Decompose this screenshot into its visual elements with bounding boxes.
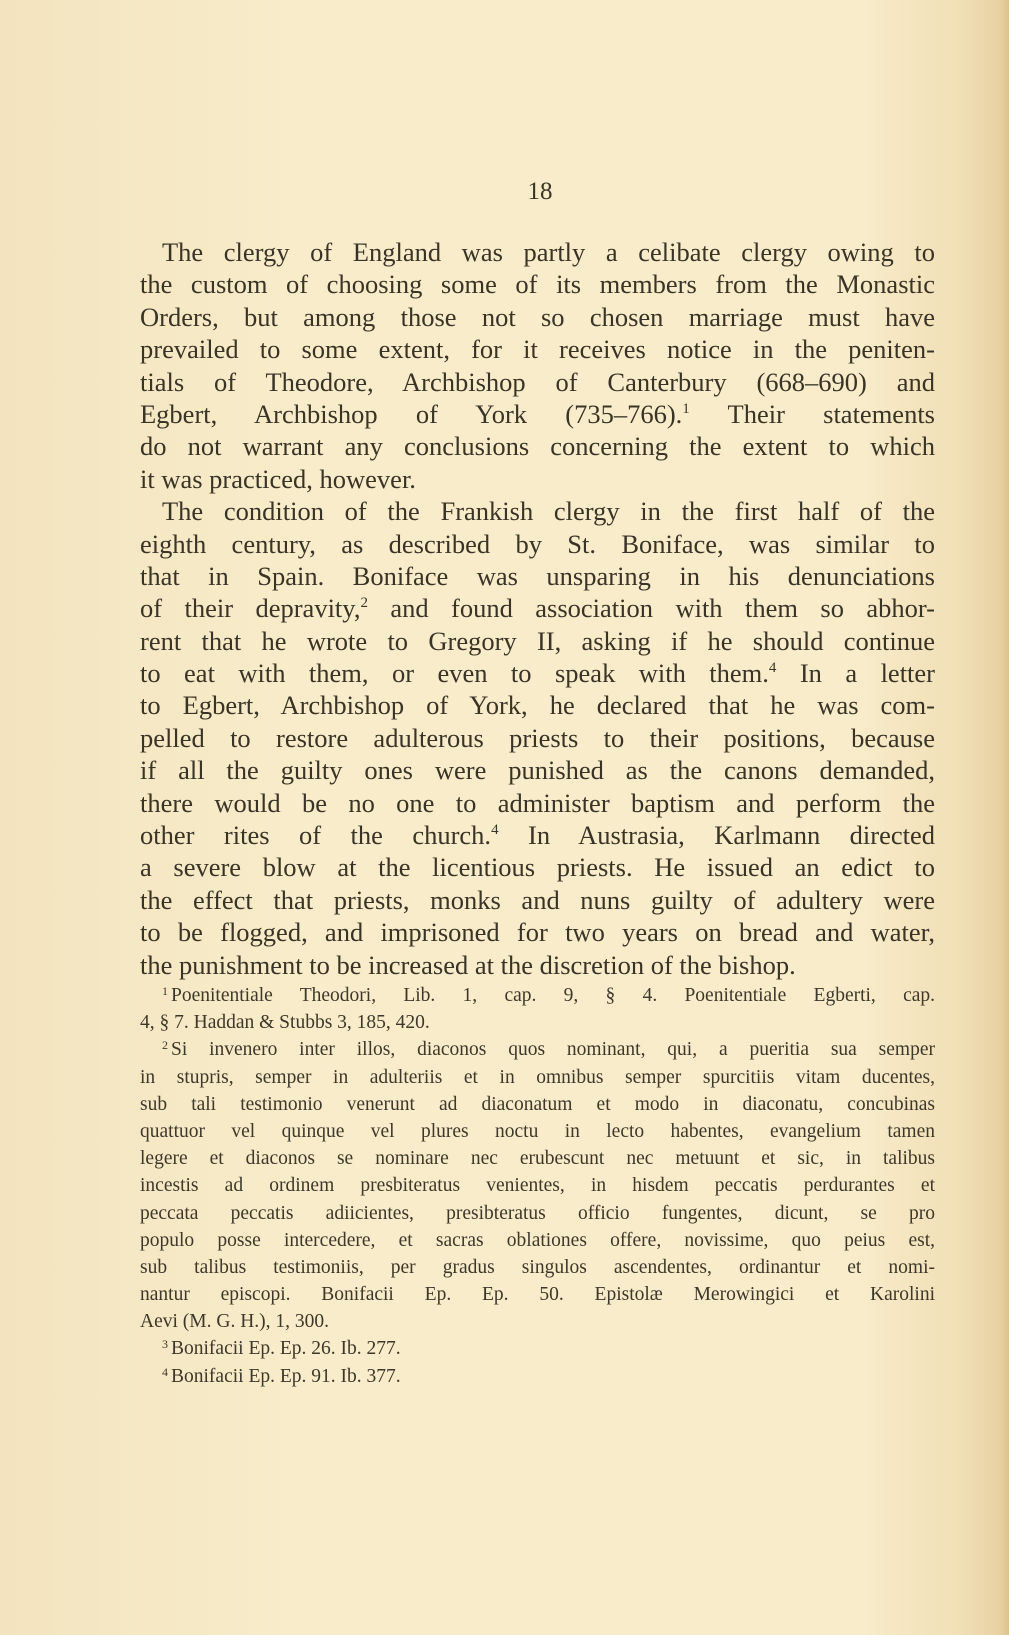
footnote-text: sub talibus testimoniis, per gradus sing… [140,1257,935,1278]
footnote-reference[interactable]: 1 [682,401,690,417]
body-line-text: to eat with them, or even to speak with … [140,658,769,688]
footnote-marker: 4 [162,1365,168,1379]
footnote-line: Aevi (M. G. H.), 1, 300. [140,1308,935,1335]
footnote-line: peccata peccatis adiicientes, presibtera… [140,1200,935,1227]
footnote-text: legere et diaconos se nominare nec erube… [140,1148,935,1169]
body-line-text: The condition of the Frankish clergy in … [162,496,935,526]
body-line-text: rent that he wrote to Gregory II, asking… [140,626,935,656]
footnote-3: 3Bonifacii Ep. Ep. 26. Ib. 277. [140,1335,935,1362]
body-line: prevailed to some extent, for it receive… [140,333,935,365]
body-line: pelled to restore adulterous priests to … [140,722,935,754]
body-line-text: Orders, but among those not so chosen ma… [140,302,935,332]
body-line: The clergy of England was partly a celib… [140,236,935,268]
footnote-4: 4Bonifacii Ep. Ep. 91. Ib. 377. [140,1363,935,1390]
footnote-text: nantur episcopi. Bonifacii Ep. Ep. 50. E… [140,1284,935,1305]
body-line: Egbert, Archbishop of York (735–766).1 T… [140,398,935,430]
body-line: to Egbert, Archbishop of York, he declar… [140,689,935,721]
footnote-text: Poenitentiale Theodori, Lib. 1, cap. 9, … [171,985,935,1006]
footnote-text: 4, § 7. Haddan & Stubbs 3, 185, 420. [140,1012,430,1033]
footnote-line: nantur episcopi. Bonifacii Ep. Ep. 50. E… [140,1281,935,1308]
body-line: Orders, but among those not so chosen ma… [140,301,935,333]
body-line: the custom of choosing some of its membe… [140,268,935,300]
footnote-line: 4Bonifacii Ep. Ep. 91. Ib. 377. [140,1363,935,1390]
page-edge-shadow [999,0,1009,1635]
body-line: rent that he wrote to Gregory II, asking… [140,625,935,657]
footnote-line: sub talibus testimoniis, per gradus sing… [140,1254,935,1281]
body-line: if all the guilty ones were punished as … [140,754,935,786]
body-line-text: to be flogged, and imprisoned for two ye… [140,917,935,947]
body-line: The condition of the Frankish clergy in … [140,495,935,527]
body-line-text: that in Spain. Boniface was unsparing in… [140,561,935,591]
footnote-text: incestis ad ordinem presbiteratus venien… [140,1175,935,1196]
footnote-text: peccata peccatis adiicientes, presibtera… [140,1203,935,1224]
body-line-text: tials of Theodore, Archbishop of Canterb… [140,367,935,397]
body-line-text: of their depravity, [140,593,360,623]
body-line-text: if all the guilty ones were punished as … [140,755,935,785]
body-line-text-continued: and found association with them so abhor… [368,593,935,623]
footnote-text: sub tali testimonio venerunt ad diaconat… [140,1094,935,1115]
footnote-1: 1Poenitentiale Theodori, Lib. 1, cap. 9,… [140,982,935,1036]
body-line: of their depravity,2 and found associati… [140,592,935,624]
body-line-text: the punishment to be increased at the di… [140,950,796,980]
footnote-line: sub tali testimonio venerunt ad diaconat… [140,1091,935,1118]
footnote-line: quattuor vel quinque vel plures noctu in… [140,1118,935,1145]
footnote-text: in stupris, semper in adulteriis et in o… [140,1067,935,1088]
body-line: other rites of the church.4 In Austrasia… [140,819,935,851]
body-line-text: other rites of the church. [140,820,491,850]
body-line: there would be no one to administer bapt… [140,787,935,819]
body-line: the punishment to be increased at the di… [140,949,935,981]
body-line-text: to Egbert, Archbishop of York, he declar… [140,690,935,720]
footnote-line: 1Poenitentiale Theodori, Lib. 1, cap. 9,… [140,982,935,1009]
footnote-reference[interactable]: 4 [491,822,499,838]
footnote-text: Si invenero inter illos, diaconos quos n… [171,1039,935,1060]
footnotes: 1Poenitentiale Theodori, Lib. 1, cap. 9,… [140,982,935,1390]
body-line-text-continued: Their statements [690,399,935,429]
footnote-marker: 3 [162,1337,168,1351]
body-line: the effect that priests, monks and nuns … [140,884,935,916]
body-line-text: do not warrant any conclusions concernin… [140,431,935,461]
body-line-text: The clergy of England was partly a celib… [162,237,935,267]
body-line: tials of Theodore, Archbishop of Canterb… [140,366,935,398]
body-line-text: Egbert, Archbishop of York (735–766). [140,399,682,429]
footnote-line: legere et diaconos se nominare nec erube… [140,1145,935,1172]
body-line-text: there would be no one to administer bapt… [140,788,935,818]
body-line: eighth century, as described by St. Boni… [140,528,935,560]
footnote-2: 2Si invenero inter illos, diaconos quos … [140,1036,935,1335]
body-line-text: a severe blow at the licentious priests.… [140,852,935,882]
footnote-marker: 1 [162,984,168,998]
body-line: that in Spain. Boniface was unsparing in… [140,560,935,592]
footnote-line: populo posse intercedere, et sacras obla… [140,1227,935,1254]
footnote-reference[interactable]: 2 [360,595,368,611]
body-line-text: eighth century, as described by St. Boni… [140,529,935,559]
body-line-text-continued: In Austrasia, Karlmann directed [499,820,935,850]
footnote-text: populo posse intercedere, et sacras obla… [140,1230,935,1251]
body-line-text: the custom of choosing some of its membe… [140,269,935,299]
footnote-text: Bonifacii Ep. Ep. 26. Ib. 277. [171,1338,401,1359]
body-line-text: prevailed to some extent, for it receive… [140,334,935,364]
footnote-text: quattuor vel quinque vel plures noctu in… [140,1121,935,1142]
footnote-line: 3Bonifacii Ep. Ep. 26. Ib. 277. [140,1335,935,1362]
body-line: to be flogged, and imprisoned for two ye… [140,916,935,948]
body-line: do not warrant any conclusions concernin… [140,430,935,462]
footnote-text: Bonifacii Ep. Ep. 91. Ib. 377. [171,1366,401,1387]
body-line: a severe blow at the licentious priests.… [140,851,935,883]
footnote-line: in stupris, semper in adulteriis et in o… [140,1064,935,1091]
body-line-text: the effect that priests, monks and nuns … [140,885,935,915]
body-line: to eat with them, or even to speak with … [140,657,935,689]
footnote-text: Aevi (M. G. H.), 1, 300. [140,1311,329,1332]
body-line-text-continued: In a letter [776,658,935,688]
body-text: The clergy of England was partly a celib… [140,236,935,981]
body-line: it was practiced, however. [140,463,935,495]
footnote-line: 2Si invenero inter illos, diaconos quos … [140,1036,935,1063]
body-line-text: it was practiced, however. [140,464,416,494]
footnote-line: incestis ad ordinem presbiteratus venien… [140,1172,935,1199]
footnote-marker: 2 [162,1038,168,1052]
body-line-text: pelled to restore adulterous priests to … [140,723,935,753]
footnote-line: 4, § 7. Haddan & Stubbs 3, 185, 420. [140,1009,935,1036]
page-number: 18 [0,178,1009,206]
book-page: 18 The clergy of England was partly a ce… [0,0,1009,1635]
